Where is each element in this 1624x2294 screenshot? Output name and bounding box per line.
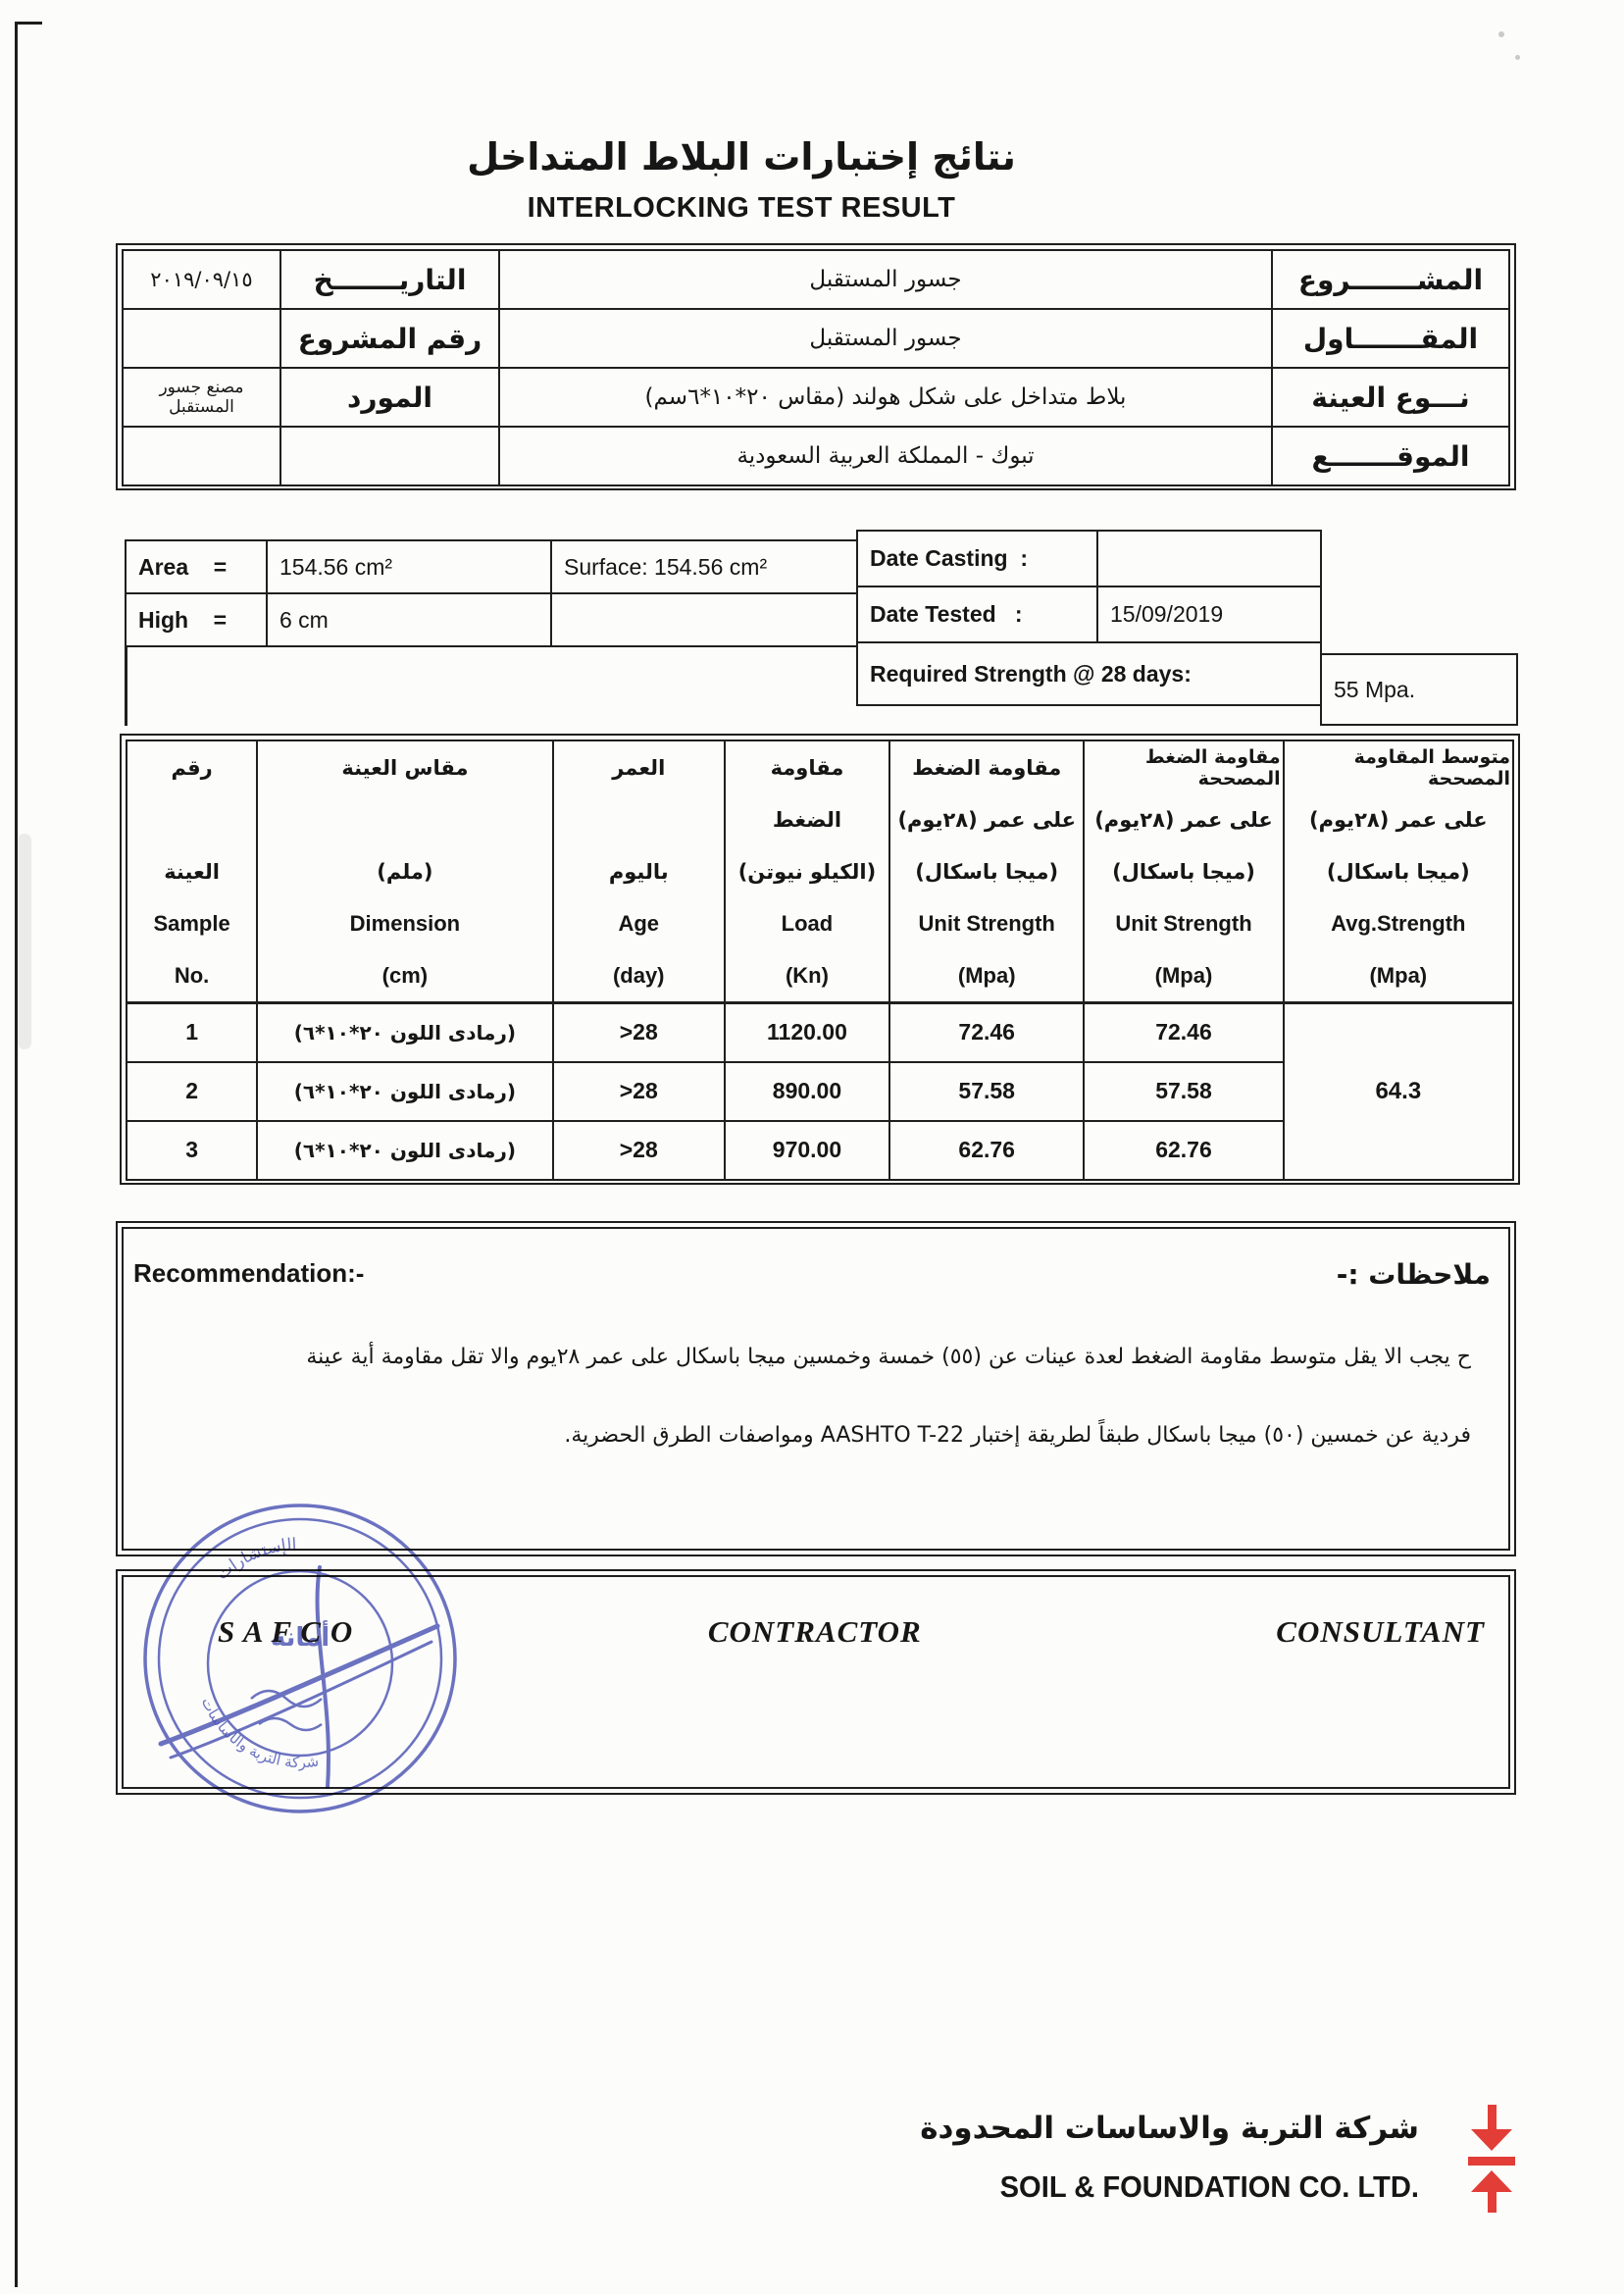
unit-strength: 72.46 xyxy=(889,1003,1084,1062)
header-line: (Mpa) xyxy=(892,949,1081,1001)
recommendation-title-en: Recommendation:- xyxy=(133,1258,364,1289)
header-line: Sample xyxy=(129,897,254,949)
area-value: 154.56 cm² xyxy=(266,539,552,594)
info-row-location: الموقـــــــع تبوك - المملكة العربية الس… xyxy=(123,427,1509,485)
header-line: Unit Strength xyxy=(892,897,1081,949)
age: >28 xyxy=(553,1062,725,1121)
header-unit-strength-corrected: مقاومة الضغط المصححة على عمر (٢٨يوم) (مي… xyxy=(1084,740,1283,1003)
header-line: (Mpa) xyxy=(1287,949,1510,1001)
dimension: (رمادى اللون ٢٠*١٠*٦) xyxy=(257,1003,552,1062)
project-no-label: رقم المشروع xyxy=(280,309,499,368)
header-line: العمر xyxy=(556,741,722,793)
load: 890.00 xyxy=(725,1062,889,1121)
high-value: 6 cm xyxy=(266,592,552,647)
header-line: Avg.Strength xyxy=(1287,897,1510,949)
area-label: Area = xyxy=(125,539,268,594)
header-line xyxy=(556,793,722,845)
sample-no: 2 xyxy=(127,1062,257,1121)
results-header-row: رقم العينة Sample No. مقاس العينة (ملم) … xyxy=(127,740,1513,1003)
age: >28 xyxy=(553,1121,725,1180)
header-line: مقاومة الضغط xyxy=(892,741,1081,793)
header-line: (ميجا باسكال) xyxy=(1087,845,1280,897)
footer-company-name-english: SOIL & FOUNDATION CO. LTD. xyxy=(866,2169,1419,2205)
high-label: High = xyxy=(125,592,268,647)
dimension: (رمادى اللون ٢٠*١٠*٦) xyxy=(257,1121,552,1180)
scan-speck xyxy=(1515,55,1520,60)
scanned-test-report-page: نتائج إختبارات البلاط المتداخل INTERLOCK… xyxy=(0,0,1624,2294)
header-line: مقاومة الضغط المصححة xyxy=(1087,741,1280,793)
svg-text:الإستشارات: الإستشارات xyxy=(213,1535,297,1584)
header-line xyxy=(129,793,254,845)
header-line: Age xyxy=(556,897,722,949)
info-row-contractor: المقـــــــاول جسور المستقبل رقم المشروع xyxy=(123,309,1509,368)
header-avg-strength: متوسط المقاومة المصححة على عمر (٢٨يوم) (… xyxy=(1284,740,1513,1003)
footer-company-name-arabic: شركة التربة والاساسات المحدودة xyxy=(831,2111,1419,2146)
header-line: (Kn) xyxy=(728,949,887,1001)
header-line: (ميجا باسكال) xyxy=(892,845,1081,897)
required-strength-label: Required Strength @ 28 days: xyxy=(856,641,1322,706)
date-label: التاريـــــــخ xyxy=(280,250,499,309)
header-line: العينة xyxy=(129,845,254,897)
location-value: تبوك - المملكة العربية السعودية xyxy=(499,427,1272,485)
header-line: Dimension xyxy=(260,897,549,949)
date-tested-label: Date Tested : xyxy=(856,586,1098,643)
header-line: (ملم) xyxy=(260,845,549,897)
header-line: No. xyxy=(129,949,254,1001)
header-line: مقاومة xyxy=(728,741,887,793)
lab-signature-label: S A F C O xyxy=(218,1614,353,1650)
header-load: مقاومة الضغط (الكيلو نيوتن) Load (Kn) xyxy=(725,740,889,1003)
unit-strength-corrected: 72.46 xyxy=(1084,1003,1283,1062)
stamp-arc-top-text: الإستشارات xyxy=(213,1535,297,1584)
header-line: (day) xyxy=(556,949,722,1001)
header-line: (Mpa) xyxy=(1087,949,1280,1001)
sample-type-value: بلاط متداخل على شكل هولند (مقاس ٢٠*١٠*٦س… xyxy=(499,368,1272,427)
project-info-table: المشـــــــروع جسور المستقبل التاريـــــ… xyxy=(116,243,1516,490)
header-line: (الكيلو نيوتن) xyxy=(728,845,887,897)
date-casting-value xyxy=(1096,530,1322,587)
header-line: الضغط xyxy=(728,793,887,845)
results-table: رقم العينة Sample No. مقاس العينة (ملم) … xyxy=(120,734,1520,1185)
dimension: (رمادى اللون ٢٠*١٠*٦) xyxy=(257,1062,552,1121)
unit-strength-corrected: 62.76 xyxy=(1084,1121,1283,1180)
info-row-project: المشـــــــروع جسور المستقبل التاريـــــ… xyxy=(123,250,1509,309)
sample-no: 3 xyxy=(127,1121,257,1180)
header-line: مقاس العينة xyxy=(260,741,549,793)
company-stamp: الإستشارات شركة التربة والأساسات أمانة xyxy=(135,1497,465,1820)
unit-strength-corrected: 57.58 xyxy=(1084,1062,1283,1121)
project-no-value xyxy=(123,309,280,368)
header-line: (cm) xyxy=(260,949,549,1001)
recommendation-line-1: ح يجب الا يقل متوسط مقاومة الضغط لعدة عي… xyxy=(182,1345,1471,1369)
recommendation-line-2: فردية عن خمسين (٥٠) ميجا باسكال طبقاً لط… xyxy=(182,1423,1471,1448)
scan-left-edge-line xyxy=(15,22,18,2287)
date-tested-value: 15/09/2019 xyxy=(1096,586,1322,643)
header-line: على عمر (٢٨يوم) xyxy=(1087,793,1280,845)
notes-title-ar: ملاحظات :- xyxy=(1337,1258,1491,1291)
header-line: (ميجا باسكال) xyxy=(1287,845,1510,897)
contractor-label: المقـــــــاول xyxy=(1272,309,1509,368)
header-line xyxy=(260,793,549,845)
header-line: متوسط المقاومة المصححة xyxy=(1287,741,1510,793)
header-line: Unit Strength xyxy=(1087,897,1280,949)
date-casting-label: Date Casting : xyxy=(856,530,1098,587)
results-row-1: 1 (رمادى اللون ٢٠*١٠*٦) >28 1120.00 72.4… xyxy=(127,1003,1513,1062)
header-line: على عمر (٢٨يوم) xyxy=(1287,793,1510,845)
header-line: رقم xyxy=(129,741,254,793)
avg-strength: 64.3 xyxy=(1284,1003,1513,1180)
header-dimension: مقاس العينة (ملم) Dimension (cm) xyxy=(257,740,552,1003)
load: 1120.00 xyxy=(725,1003,889,1062)
empty-value-cell xyxy=(123,427,280,485)
report-title-arabic: نتائج إختبارات البلاط المتداخل xyxy=(0,135,1483,178)
header-age: العمر باليوم Age (day) xyxy=(553,740,725,1003)
contractor-signature-label: CONTRACTOR xyxy=(708,1614,922,1650)
soil-foundation-logo-icon xyxy=(1463,2105,1520,2213)
surface-value: Surface: 154.56 cm² xyxy=(550,539,858,594)
empty-surface-cell xyxy=(550,592,858,647)
scan-smudge xyxy=(18,834,31,1049)
project-value: جسور المستقبل xyxy=(499,250,1272,309)
location-label: الموقـــــــع xyxy=(1272,427,1509,485)
header-line: Load xyxy=(728,897,887,949)
scan-top-edge-tick xyxy=(15,22,42,25)
report-title-english: INTERLOCKING TEST RESULT xyxy=(0,192,1483,225)
supplier-value: مصنع جسور المستقبل xyxy=(123,368,280,427)
age: >28 xyxy=(553,1003,725,1062)
scan-speck xyxy=(1498,31,1504,37)
project-label: المشـــــــروع xyxy=(1272,250,1509,309)
header-line: باليوم xyxy=(556,845,722,897)
sample-type-label: نـــوع العينة xyxy=(1272,368,1509,427)
unit-strength: 57.58 xyxy=(889,1062,1084,1121)
supplier-label: المورد xyxy=(280,368,499,427)
header-line: على عمر (٢٨يوم) xyxy=(892,793,1081,845)
header-sample-no: رقم العينة Sample No. xyxy=(127,740,257,1003)
sample-no: 1 xyxy=(127,1003,257,1062)
empty-label-cell xyxy=(280,427,499,485)
date-value: ٢٠١٩/٠٩/١٥ xyxy=(123,250,280,309)
required-strength-value: 55 Mpa. xyxy=(1320,653,1518,726)
load: 970.00 xyxy=(725,1121,889,1180)
consultant-signature-label: CONSULTANT xyxy=(1276,1614,1485,1650)
table-left-border-tail xyxy=(125,645,127,726)
info-row-sample-type: نـــوع العينة بلاط متداخل على شكل هولند … xyxy=(123,368,1509,427)
header-unit-strength: مقاومة الضغط على عمر (٢٨يوم) (ميجا باسكا… xyxy=(889,740,1084,1003)
contractor-value: جسور المستقبل xyxy=(499,309,1272,368)
unit-strength: 62.76 xyxy=(889,1121,1084,1180)
